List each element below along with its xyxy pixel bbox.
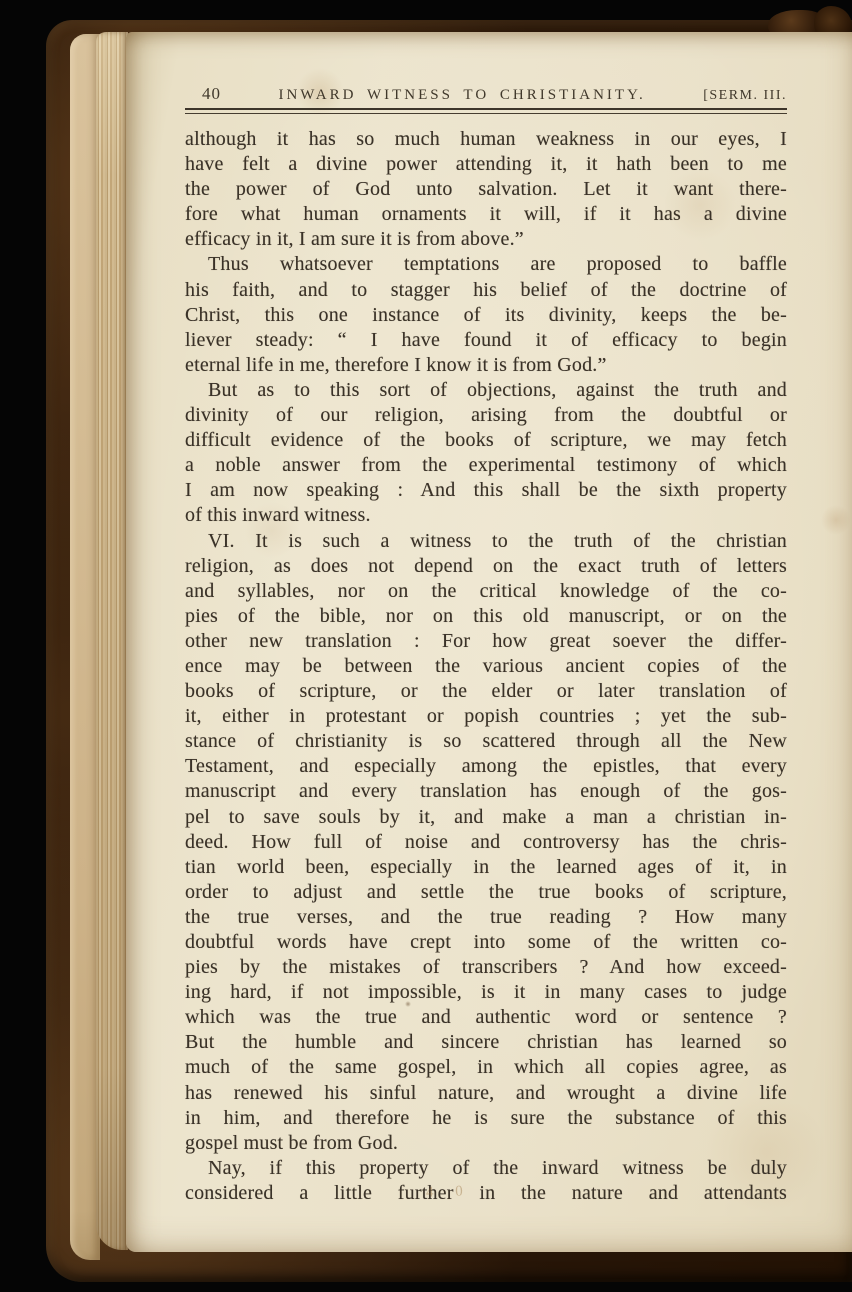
paragraph: Nay, if this property of the inward witn… bbox=[185, 1156, 787, 1206]
text-line: religion, as does not depend on the exac… bbox=[185, 554, 787, 579]
text-line: ence may be between the various ancient … bbox=[185, 654, 787, 679]
text-line: pies by the mistakes of transcribers ? A… bbox=[185, 955, 787, 980]
text-line: a noble answer from the experimental tes… bbox=[185, 453, 787, 478]
text-line: order to adjust and settle the true book… bbox=[185, 880, 787, 905]
text-line: ing hard, if not impossible, is it in ma… bbox=[185, 980, 787, 1005]
text-line: liever steady: “ I have found it of effi… bbox=[185, 328, 787, 353]
text-line: divinity of our religion, arising from t… bbox=[185, 403, 787, 428]
text-line: books of scripture, or the elder or late… bbox=[185, 679, 787, 704]
text-line: considered a little further in the natur… bbox=[185, 1181, 787, 1206]
text-line: of this inward witness. bbox=[185, 503, 787, 528]
text-line: pel to save souls by it, and make a man … bbox=[185, 805, 787, 830]
text-line: in him, and therefore he is sure the sub… bbox=[185, 1106, 787, 1131]
text-line: the true verses, and the true reading ? … bbox=[185, 905, 787, 930]
text-line: VI. It is such a witness to the truth of… bbox=[185, 529, 787, 554]
text-line: and syllables, nor on the critical knowl… bbox=[185, 579, 787, 604]
text-line: although it has so much human weakness i… bbox=[185, 127, 787, 152]
paragraph: although it has so much human weakness i… bbox=[185, 127, 787, 252]
paragraph: VI. It is such a witness to the truth of… bbox=[185, 529, 787, 1156]
text-line: But the humble and sincere christian has… bbox=[185, 1030, 787, 1055]
text-line: I am now speaking : And this shall be th… bbox=[185, 478, 787, 503]
page-edges-stack bbox=[96, 32, 128, 1250]
text-line: pies of the bible, nor on this old manus… bbox=[185, 604, 787, 629]
text-line: which was the true and authentic word or… bbox=[185, 1005, 787, 1030]
text-line: deed. How full of noise and controversy … bbox=[185, 830, 787, 855]
sermon-reference: [SERM. III. bbox=[703, 88, 787, 104]
text-line: has renewed his sinful nature, and wroug… bbox=[185, 1081, 787, 1106]
text-line: his faith, and to stagger his belief of … bbox=[185, 278, 787, 303]
book-page: 40 INWARD WITNESS TO CHRISTIANITY. [SERM… bbox=[126, 32, 852, 1252]
text-line: Thus whatsoever temptations are proposed… bbox=[185, 252, 787, 277]
text-line: stance of christianity is so scattered t… bbox=[185, 729, 787, 754]
text-line: Testament, and especially among the epis… bbox=[185, 754, 787, 779]
running-head: 40 INWARD WITNESS TO CHRISTIANITY. [SERM… bbox=[185, 84, 787, 104]
header-double-rule bbox=[185, 108, 787, 114]
text-line: Christ, this one instance of its divinit… bbox=[185, 303, 787, 328]
paragraph: Thus whatsoever temptations are proposed… bbox=[185, 252, 787, 377]
text-line: doubtful words have crept into some of t… bbox=[185, 930, 787, 955]
text-line: fore what human ornaments it will, if it… bbox=[185, 202, 787, 227]
text-line: But as to this sort of objections, again… bbox=[185, 378, 787, 403]
text-line: manuscript and every translation has eno… bbox=[185, 779, 787, 804]
text-line: gospel must be from God. bbox=[185, 1131, 787, 1156]
text-line: the power of God unto salvation. Let it … bbox=[185, 177, 787, 202]
text-block: although it has so much human weakness i… bbox=[185, 127, 787, 1206]
text-line: have felt a divine power attending it, i… bbox=[185, 152, 787, 177]
text-line: tian world been, especially in the learn… bbox=[185, 855, 787, 880]
paragraph: But as to this sort of objections, again… bbox=[185, 378, 787, 529]
text-line: difficult evidence of the books of scrip… bbox=[185, 428, 787, 453]
text-line: efficacy in it, I am sure it is from abo… bbox=[185, 227, 787, 252]
running-title: INWARD WITNESS TO CHRISTIANITY. bbox=[221, 87, 703, 104]
page-number: 40 bbox=[202, 84, 221, 104]
text-line: it, either in protestant or popish count… bbox=[185, 704, 787, 729]
text-line: other new translation : For how great so… bbox=[185, 629, 787, 654]
text-line: Nay, if this property of the inward witn… bbox=[185, 1156, 787, 1181]
ink-bleedthrough-mark: 4 0 bbox=[426, 1183, 472, 1202]
photo-backdrop: 40 INWARD WITNESS TO CHRISTIANITY. [SERM… bbox=[0, 0, 852, 1292]
text-line: eternal life in me, therefore I know it … bbox=[185, 353, 787, 378]
text-line: much of the same gospel, in which all co… bbox=[185, 1055, 787, 1080]
